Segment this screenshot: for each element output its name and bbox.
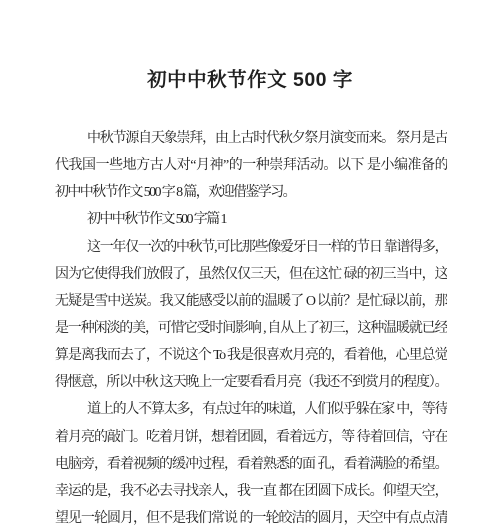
text-line: 幸运的是，我不必去寻找亲人，我一直 都在团圆下成长。仰望天空， bbox=[55, 478, 447, 505]
text-line: 电脑旁，看着视频的缓冲过程，看着熟悉的面 孔，看着满脸的希望。 bbox=[55, 451, 447, 478]
text-line: 因为它使得我们放假了，虽然仅仅三天，但在这忙 碌的初三当中，这 bbox=[55, 261, 447, 288]
text-line: 望见一轮圆月，但不是我们常说 的一轮皎洁的圆月，天空中有点点清 bbox=[55, 505, 447, 529]
document-page: 初中中秋节作文 500 字 中秋节源自天象崇拜，由上古时代秋夕祭月演变而来。 祭… bbox=[0, 0, 500, 529]
document-title: 初中中秋节作文 500 字 bbox=[0, 64, 500, 92]
document-body: 中秋节源自天象崇拜，由上古时代秋夕祭月演变而来。 祭月是古代我国一些地方古人对“… bbox=[55, 125, 447, 529]
text-line: 算是离我而去了，不说这个 To 我是很喜欢月亮的，看着他，心里总觉 bbox=[55, 342, 447, 369]
text-line: 这一年仅一次的中秋节,可比那些像爱牙日一样的节日 靠谱得多， bbox=[55, 234, 447, 261]
text-line: 道上的人不算太多，有点过年的味道，人们似乎躲在家 中，等待 bbox=[55, 396, 447, 423]
text-line: 初中中秋节作文 500 字篇 1 bbox=[55, 206, 447, 233]
text-line: 代我国一些地方古人对“月神”的一种崇拜活动。以下 是小编准备的 bbox=[55, 152, 447, 179]
text-line: 着月亮的敲门。吃着月饼，想着团圆，看着远方，等 待着回信，守在 bbox=[55, 424, 447, 451]
text-line: 是一种闲淡的美，可惜它受时间影响 , 自从上了初三，这种温暖就已经 bbox=[55, 315, 447, 342]
text-line: 得惬意，所以中秋 这天晚上一定要看看月亮（我还不到赏月的程度）。 bbox=[55, 369, 447, 396]
text-line: 无疑是雪中送炭。我又能感受以前的温暖了 O 以前？是忙碌以前，那 bbox=[55, 288, 447, 315]
text-line: 中秋节源自天象崇拜，由上古时代秋夕祭月演变而来。 祭月是古 bbox=[55, 125, 447, 152]
text-line: 初中中秋节作文 500 字 8 篇，欢迎借鉴学习。 bbox=[55, 179, 447, 206]
